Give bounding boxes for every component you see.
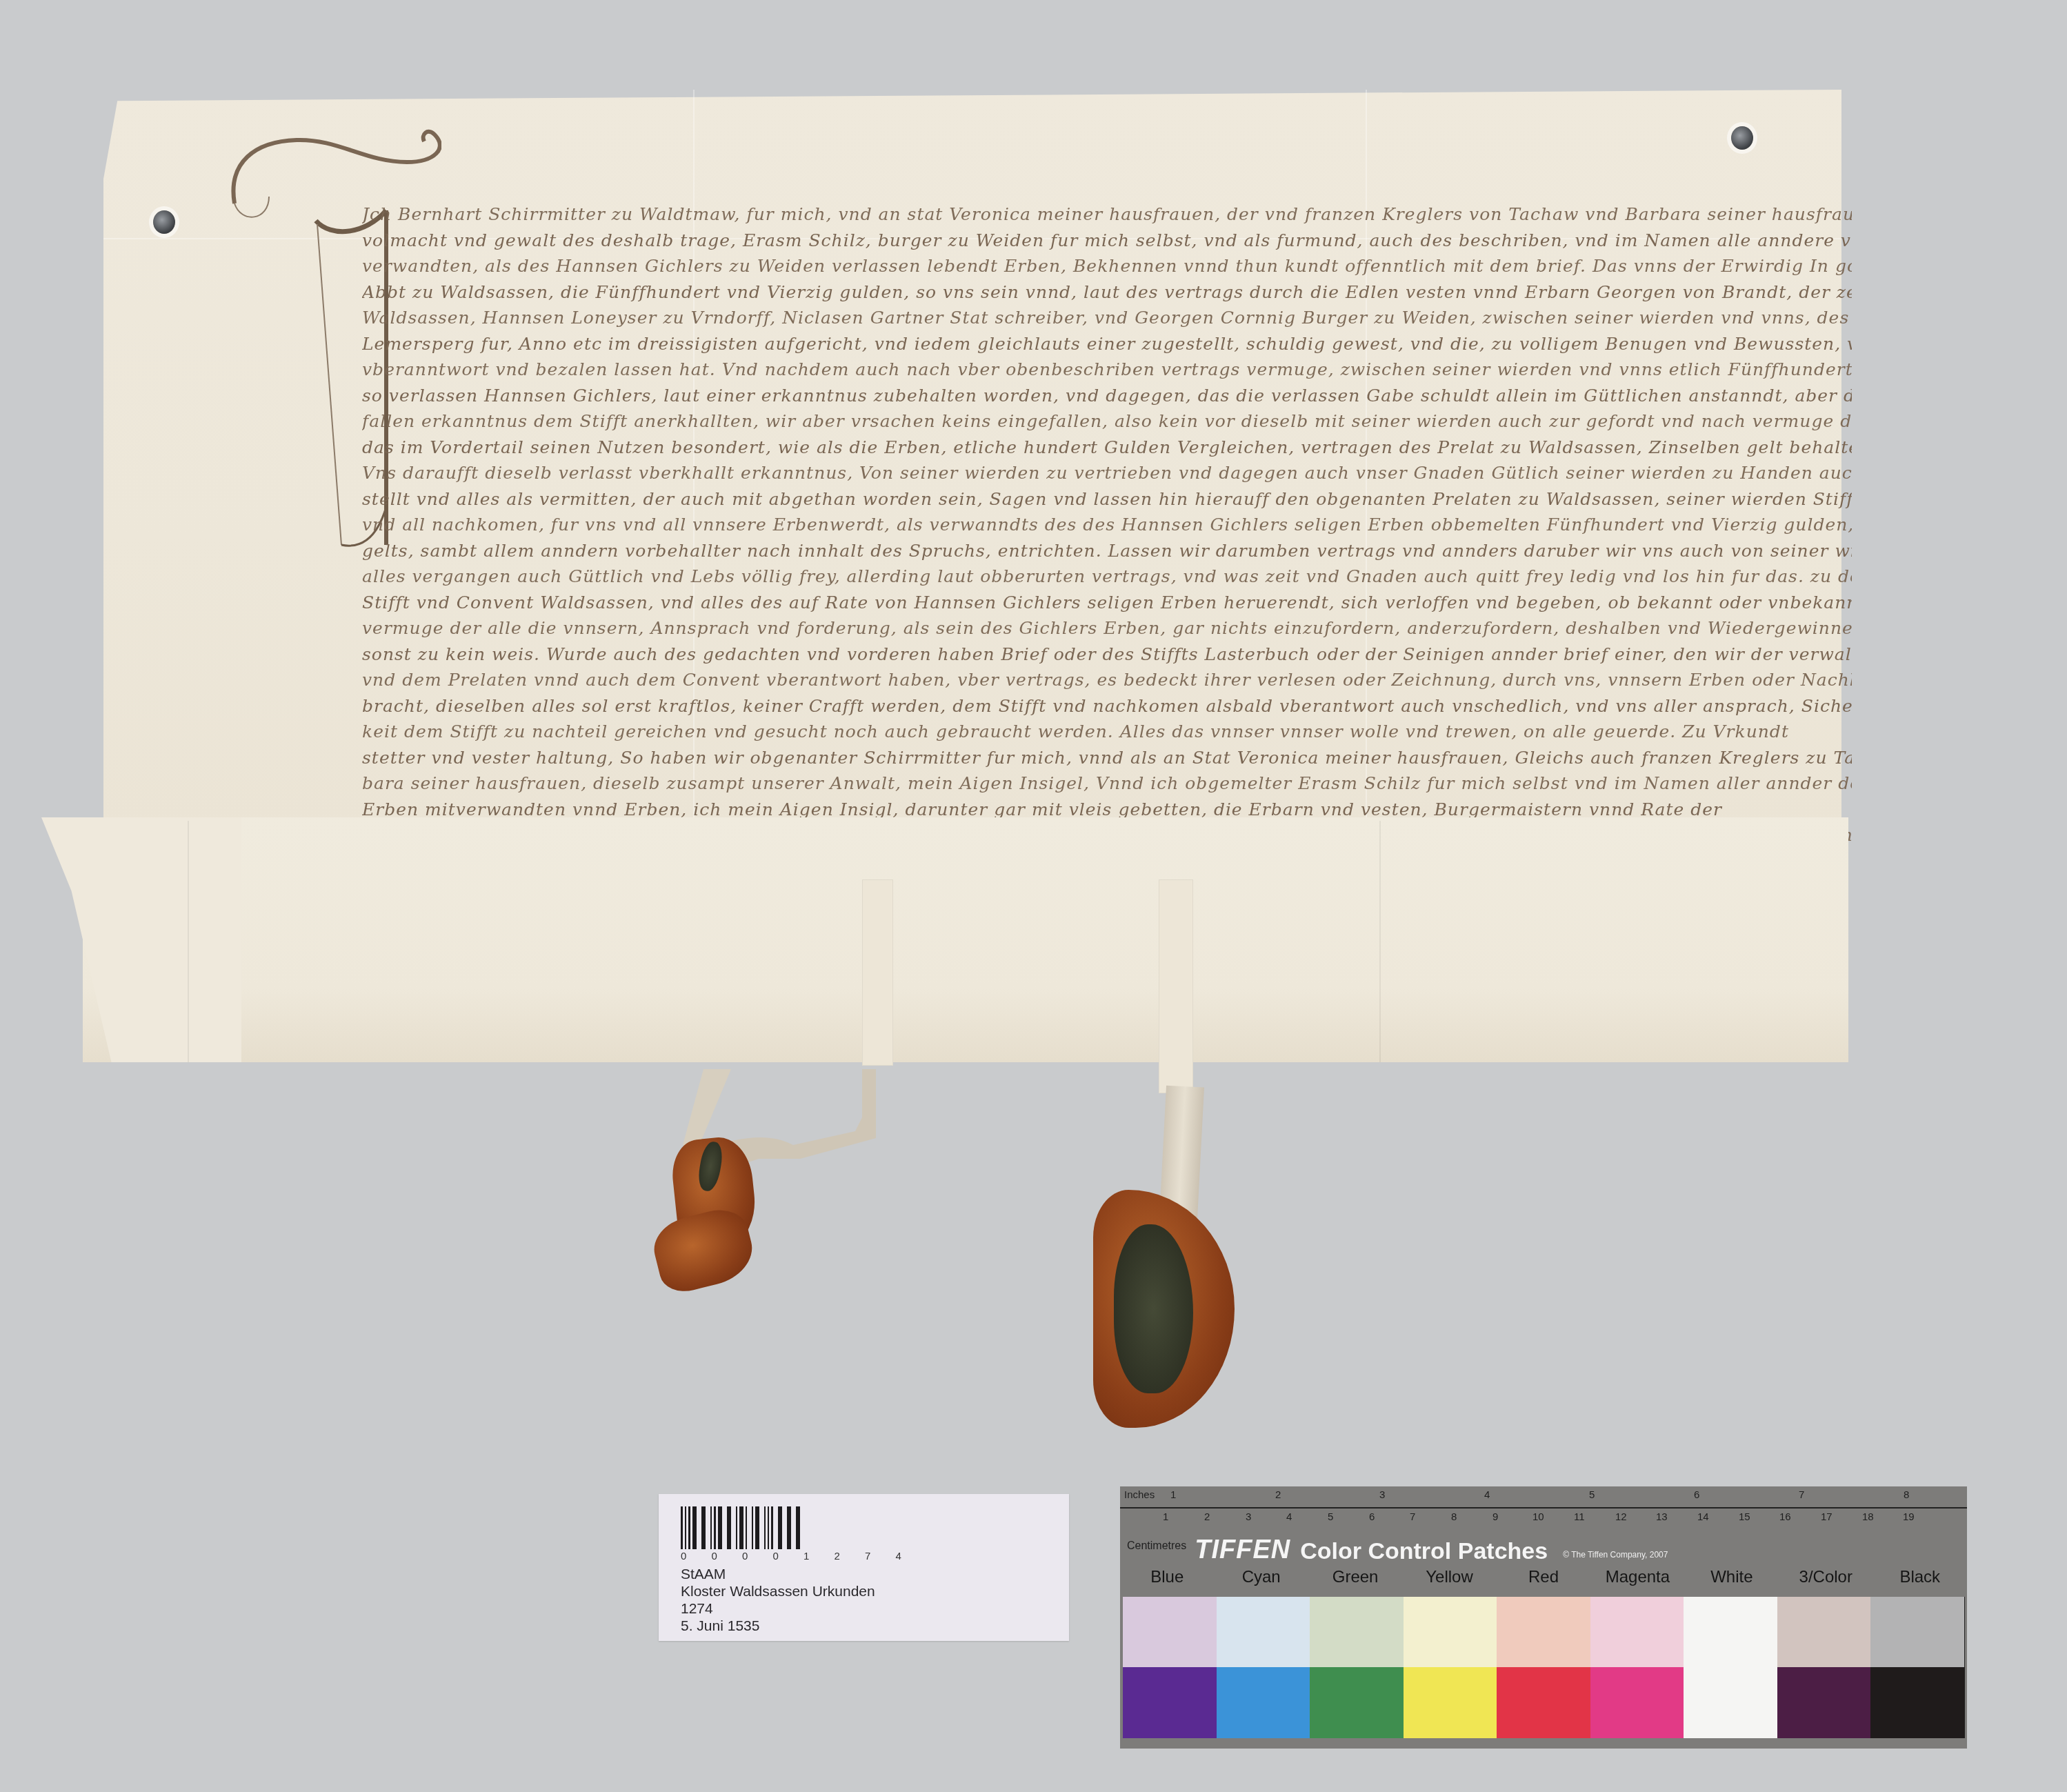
patch-name: Magenta [1590, 1568, 1684, 1587]
inch-tick-label: 3 [1379, 1489, 1385, 1501]
text-line: vermuge der alle die vnnsern, Annsprach … [362, 615, 1852, 641]
patch-name: Black [1873, 1568, 1967, 1587]
ruler: Inches 1 2 3 4 5 6 7 8 1 2 3 4 5 6 7 8 9… [1120, 1486, 1967, 1526]
cm-tick-label: 6 [1369, 1511, 1375, 1523]
punch-hole-left [153, 210, 175, 234]
plica-crease [1379, 821, 1381, 1062]
color-patch-dark [1497, 1667, 1591, 1738]
patch-names: Blue Cyan Green Yellow Red Magenta White… [1120, 1568, 1967, 1587]
cm-tick-label: 18 [1862, 1511, 1874, 1523]
inch-tick-label: 5 [1589, 1489, 1595, 1501]
document-number: 1274 [681, 1600, 875, 1617]
plica-fold [83, 817, 1848, 1062]
color-patch-dark [1404, 1667, 1498, 1738]
patch-name: Red [1497, 1568, 1590, 1587]
barcode-digits: 0 0 0 0 1 2 7 4 [681, 1551, 912, 1562]
text-line: vnd all nachkomen, fur vns vnd all vnnse… [362, 512, 1852, 538]
card-copyright: © The Tiffen Company, 2007 [1563, 1550, 1668, 1560]
text-line: gelts, sambt allem anndern vorbehallter … [362, 538, 1852, 564]
text-line: alles vergangen auch Güttlich vnd Lebs v… [362, 564, 1852, 590]
cm-tick-label: 3 [1246, 1511, 1251, 1523]
patch-name: 3/Color [1779, 1568, 1873, 1587]
patch-name: Green [1308, 1568, 1402, 1587]
text-line: volmacht vnd gewalt des deshalb trage, E… [362, 228, 1852, 254]
cm-tick-label: 16 [1779, 1511, 1791, 1523]
inch-tick-label: 1 [1170, 1489, 1176, 1501]
color-patch-light [1123, 1597, 1217, 1667]
plica-left-edge [41, 817, 241, 1062]
seal-strap-slot [1159, 879, 1193, 1093]
color-patch-dark [1777, 1667, 1872, 1738]
text-line: verwandten, als des Hannsen Gichlers zu … [362, 253, 1852, 279]
color-patch-grid [1123, 1597, 1964, 1742]
color-patch-dark [1217, 1667, 1311, 1738]
cm-tick-label: 5 [1328, 1511, 1333, 1523]
cm-tick-label: 10 [1532, 1511, 1544, 1523]
charter-text: Jch Bernhart Schirrmitter zu Waldtmaw, f… [362, 201, 1852, 848]
text-line: Waldsassen, Hannsen Loneyser zu Vrndorff… [362, 305, 1852, 331]
inches-label: Inches [1124, 1489, 1155, 1501]
centimetres-label: Centimetres [1127, 1540, 1186, 1553]
cm-tick-label: 7 [1410, 1511, 1415, 1523]
inch-tick-label: 6 [1694, 1489, 1699, 1501]
cm-tick-label: 2 [1204, 1511, 1210, 1523]
punch-hole-right [1731, 126, 1753, 150]
tiffen-logo: TIFFEN [1195, 1535, 1290, 1565]
text-line: vnd dem Prelaten vnnd auch dem Convent v… [362, 667, 1852, 693]
inch-tick-label: 2 [1275, 1489, 1281, 1501]
cm-tick-label: 8 [1451, 1511, 1457, 1523]
text-line: bracht, dieselben alles sol erst kraftlo… [362, 693, 1852, 719]
text-line: keit dem Stifft zu nachteil gereichen vn… [362, 719, 1852, 745]
color-patch-light [1217, 1597, 1311, 1667]
plica-crease [188, 821, 189, 1062]
color-patch-dark [1123, 1667, 1217, 1738]
cm-tick-label: 14 [1697, 1511, 1709, 1523]
tiffen-color-card: Inches 1 2 3 4 5 6 7 8 1 2 3 4 5 6 7 8 9… [1120, 1486, 1967, 1749]
text-line: sonst zu kein weis. Wurde auch des gedac… [362, 641, 1852, 668]
color-patch-dark [1310, 1667, 1404, 1738]
color-patch-light [1590, 1597, 1685, 1667]
cm-tick-label: 15 [1739, 1511, 1750, 1523]
collection-name: Kloster Waldsassen Urkunden [681, 1583, 875, 1600]
card-title: Color Control Patches [1300, 1538, 1548, 1565]
cm-tick-label: 11 [1574, 1511, 1585, 1523]
document-date: 5. Juni 1535 [681, 1617, 875, 1635]
color-patch-light [1777, 1597, 1872, 1667]
inch-tick-label: 7 [1799, 1489, 1804, 1501]
text-line: das im Vordertail seinen Nutzen besonder… [362, 435, 1852, 461]
text-line: fallen erkanntnus dem Stifft anerkhallte… [362, 408, 1852, 435]
text-line: Vns daraufft dieselb verlasst vberkhallt… [362, 460, 1852, 486]
cm-tick-label: 1 [1163, 1511, 1168, 1523]
patch-name: Cyan [1214, 1568, 1308, 1587]
text-line: Stifft vnd Convent Waldsassen, vnd alles… [362, 590, 1852, 616]
card-header: Centimetres TIFFEN Color Control Patches… [1127, 1535, 1668, 1565]
cm-tick-label: 4 [1286, 1511, 1292, 1523]
color-patch-light [1310, 1597, 1404, 1667]
cm-tick-label: 12 [1615, 1511, 1627, 1523]
barcode [681, 1506, 802, 1549]
cm-tick-label: 17 [1821, 1511, 1833, 1523]
color-patch-light [1870, 1597, 1965, 1667]
color-patch-light [1684, 1597, 1778, 1738]
archive-name: StAAM [681, 1566, 875, 1583]
text-line: vberanntwort vnd bezalen lassen hat. Vnd… [362, 357, 1852, 383]
cm-tick-label: 19 [1903, 1511, 1915, 1523]
text-line: stetter vnd vester haltung, So haben wir… [362, 745, 1852, 771]
color-patch-light [1404, 1597, 1498, 1667]
text-line: Lemersperg fur, Anno etc im dreissigiste… [362, 331, 1852, 357]
patch-name: Blue [1120, 1568, 1214, 1587]
seal-strap-slot [862, 879, 893, 1066]
text-line: so verlassen Hannsen Gichlers, laut eine… [362, 383, 1852, 409]
inch-tick-label: 8 [1904, 1489, 1909, 1501]
archive-label: 0 0 0 0 1 2 7 4 StAAM Kloster Waldsassen… [659, 1494, 1069, 1641]
text-line: stellt vnd alles als vermitten, der auch… [362, 486, 1852, 512]
color-patch-light [1497, 1597, 1591, 1667]
text-line: Jch Bernhart Schirrmitter zu Waldtmaw, f… [362, 201, 1852, 228]
text-line: Abbt zu Waldsassen, die Fünffhundert vnd… [362, 279, 1852, 306]
text-line: bara seiner hausfrauen, dieselb zusampt … [362, 770, 1852, 797]
patch-name: White [1685, 1568, 1779, 1587]
cm-tick-label: 13 [1656, 1511, 1668, 1523]
color-patch-dark [1590, 1667, 1685, 1738]
cm-tick-label: 9 [1492, 1511, 1498, 1523]
color-patch-dark [1870, 1667, 1965, 1738]
patch-name: Yellow [1402, 1568, 1496, 1587]
inch-tick-label: 4 [1484, 1489, 1490, 1501]
